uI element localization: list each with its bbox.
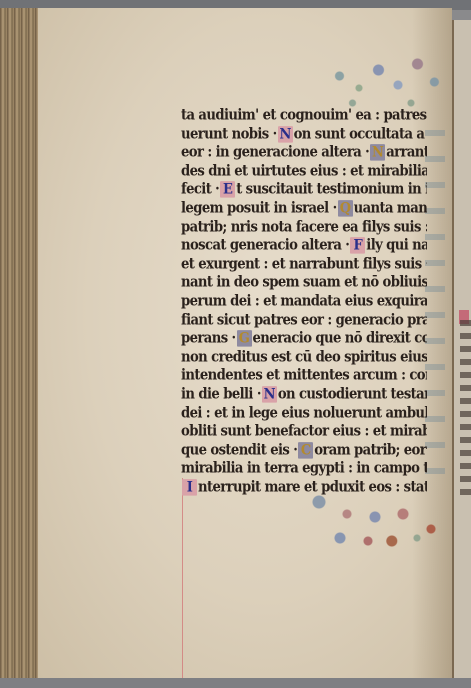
- text-line: dei : et in lege eius noluerunt ambulare…: [181, 404, 427, 424]
- text-segment: nterrupit mare et pduxit eos : statuit a: [198, 479, 427, 496]
- illuminated-initial: Q: [338, 200, 353, 217]
- text-line: obliti sunt benefactor eius : et mirabil…: [181, 422, 427, 442]
- illuminated-initial: F: [350, 237, 365, 254]
- text-segment: obliti sunt benefactor eius : et mirabil…: [181, 423, 427, 440]
- text-segment: ta audiuim' et cognouim' ea : patres nri…: [181, 107, 427, 124]
- text-line: perans ·Generacio que nō direxit cor suū…: [181, 329, 427, 349]
- book-fore-edge: [0, 8, 40, 678]
- text-segment: que ostendit eis ·: [181, 442, 297, 459]
- illuminated-initial: G: [237, 330, 252, 347]
- text-segment: legem posuit in israel ·: [181, 200, 337, 217]
- text-line: intendentes et mittentes arcum : conuers…: [181, 366, 427, 386]
- illuminated-initial: C: [298, 442, 313, 459]
- floral-border-top: [320, 52, 450, 112]
- text-segment: nant in deo spem suam et nō obliuiscantu…: [181, 275, 427, 292]
- text-line: mirabilia in terra egypti : in campo tha…: [181, 459, 427, 479]
- illuminated-initial: N: [370, 144, 385, 161]
- text-line: Interrupit mare et pduxit eos : statuit …: [181, 478, 427, 498]
- text-segment: perans ·: [181, 330, 236, 347]
- text-segment: patrib; nris nota facere ea filys suis :…: [181, 219, 427, 236]
- text-segment: dei : et in lege eius noluerunt ambulare…: [181, 405, 427, 422]
- text-line: patrib; nris nota facere ea filys suis :…: [181, 218, 427, 238]
- manuscript-text-block: ta audiuim' et cognouim' ea : patres nri…: [181, 107, 427, 497]
- text-segment: mirabilia in terra egypti : in campo tha…: [181, 460, 427, 477]
- text-segment: uanta mandauit: [354, 200, 427, 217]
- text-segment: fecit ·: [181, 182, 219, 199]
- text-line: ta audiuim' et cognouim' ea : patres nri…: [181, 106, 427, 126]
- text-line: perum dei : et mandata eius exquirant ·N…: [181, 292, 427, 312]
- text-line: noscat generacio altera ·Fily qui nascen…: [181, 236, 427, 256]
- text-line: in die belli ·Non custodierunt testament…: [181, 385, 427, 405]
- text-line: eor : in generacione altera ·Narrantes l…: [181, 143, 427, 163]
- text-segment: fiant sicut patres eor : generacio praua…: [181, 312, 427, 329]
- text-segment: des dni et uirtutes eius : et mirabilia …: [181, 163, 427, 180]
- floral-border-right: [425, 110, 445, 490]
- text-segment: uerunt nobis ·: [181, 126, 277, 143]
- text-segment: perum dei : et mandata eius exquirant ·: [181, 293, 427, 310]
- text-segment: oram patrib; eor fecit: [314, 442, 427, 459]
- text-segment: et exurgent : et narrabunt filys suis ·: [181, 256, 427, 273]
- text-segment: on custodierunt testamentū: [278, 386, 427, 403]
- text-line: uerunt nobis ·Non sunt occultata a filys: [181, 125, 427, 145]
- facing-page-text: [460, 320, 471, 500]
- text-segment: in die belli ·: [181, 386, 261, 403]
- text-segment: t suscitauit testimonium in iacob : et: [236, 182, 427, 199]
- text-segment: ily qui nascentur: [366, 237, 427, 254]
- text-line: legem posuit in israel ·Quanta mandauit: [181, 199, 427, 219]
- facing-page-edge: [452, 20, 471, 680]
- illuminated-initial: E: [220, 182, 235, 199]
- text-line: nant in deo spem suam et nō obliuiscantu…: [181, 273, 427, 293]
- text-line: fiant sicut patres eor : generacio praua…: [181, 311, 427, 331]
- text-segment: intendentes et mittentes arcum : conuers…: [181, 367, 427, 384]
- illuminated-initial: N: [278, 126, 293, 143]
- illuminated-initial: I: [182, 479, 197, 496]
- text-segment: non creditus est cū deo spiritus eius ·: [181, 349, 427, 366]
- text-segment: on sunt occultata a filys: [294, 126, 427, 143]
- illuminated-initial: N: [262, 386, 277, 403]
- ruling-line: [182, 478, 183, 678]
- text-segment: eor : in generacione altera ·: [181, 144, 369, 161]
- text-segment: eneracio que nō direxit cor suū :: [253, 330, 428, 347]
- text-line: fecit ·Et suscitauit testimonium in iaco…: [181, 180, 427, 200]
- floral-border-bottom: [305, 490, 445, 550]
- background-bottom: [0, 678, 471, 688]
- text-segment: noscat generacio altera ·: [181, 237, 349, 254]
- text-segment: arrantes lau: [386, 144, 427, 161]
